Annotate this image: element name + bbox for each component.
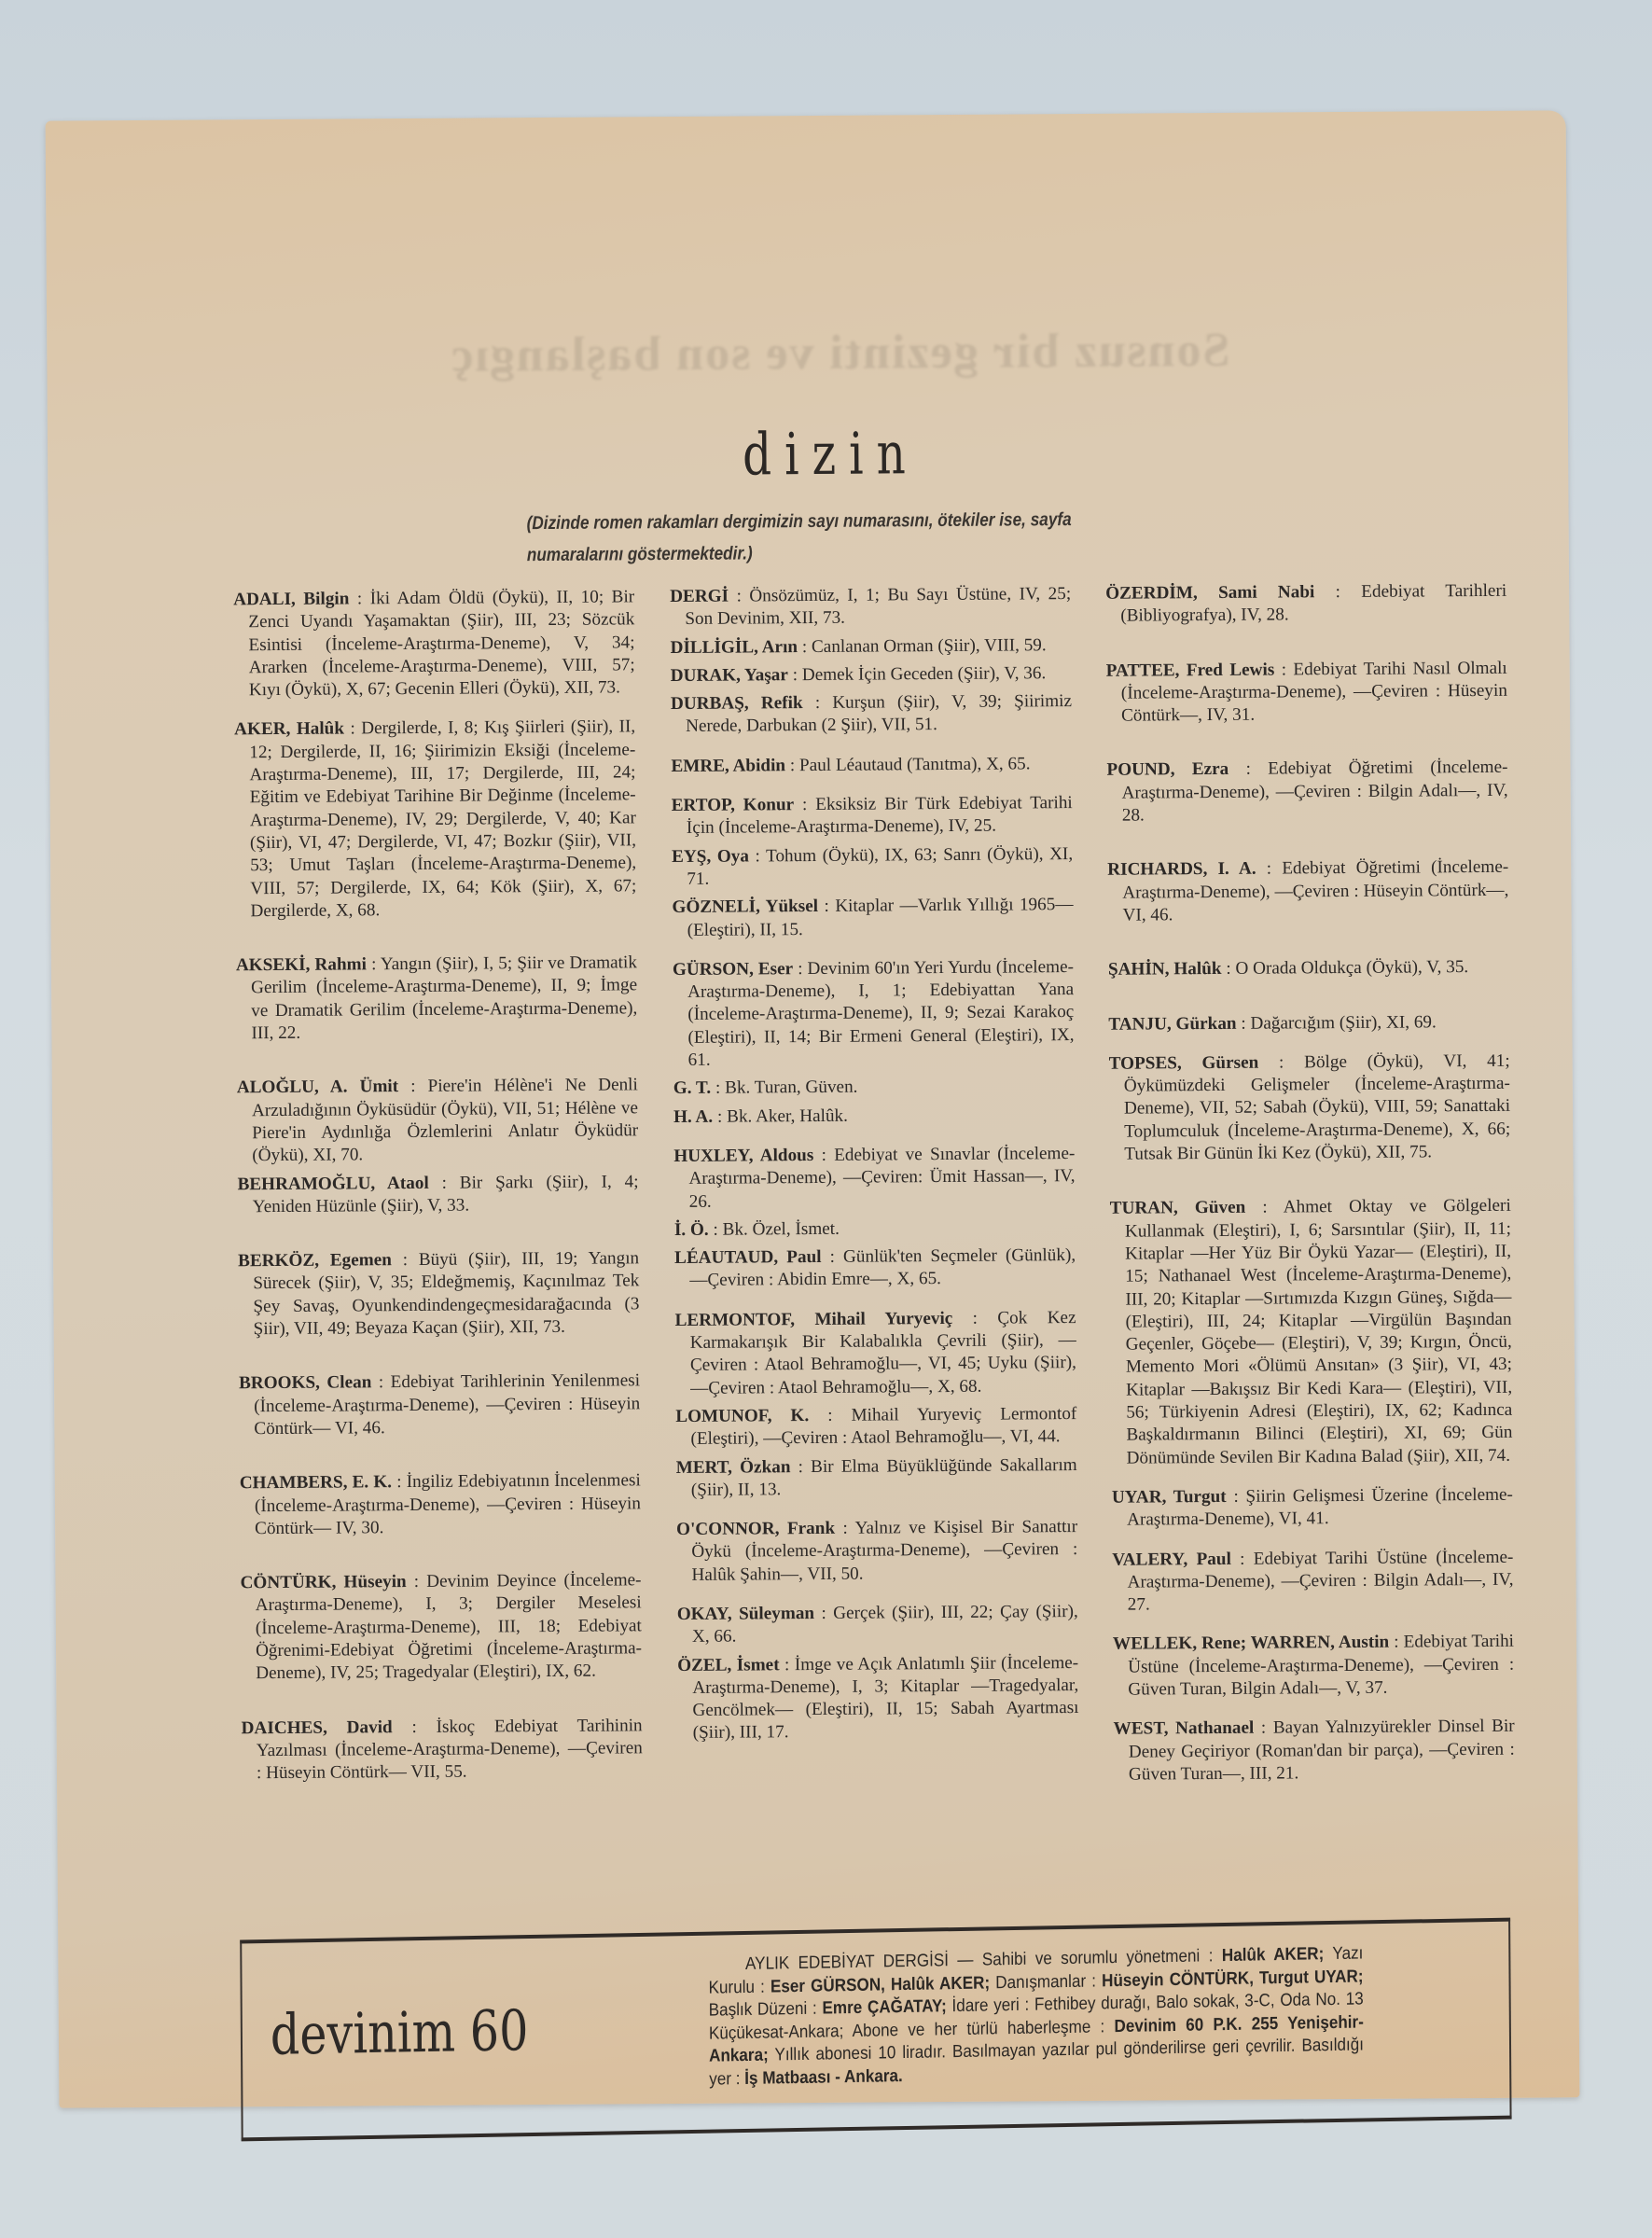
index-entry: BEHRAMOĞLU, Ataol : Bir Şarkı (Şiir), I,…	[237, 1171, 638, 1219]
index-entry: TURAN, Güven : Ahmet Oktay ve Gölgeleri …	[1110, 1195, 1513, 1470]
author-name: TANJU, Gürkan	[1108, 1013, 1236, 1034]
index-entry: EMRE, Abidin : Paul Léautaud (Tanıtma), …	[671, 753, 1072, 778]
index-entry: AKSEKİ, Rahmi : Yangın (Şiir), I, 5; Şii…	[236, 952, 638, 1045]
entry-works: : Dağarcığım (Şiir), XI, 69.	[1236, 1012, 1436, 1033]
author-name: EYŞ, Oya	[672, 846, 749, 867]
author-name: UYAR, Turgut	[1112, 1487, 1227, 1508]
index-entry: AKER, Halûk : Dergilerde, I, 8; Kış Şiir…	[234, 716, 637, 924]
index-entry: ERTOP, Konur : Eksiksiz Bir Türk Edebiya…	[672, 792, 1073, 841]
index-entry: ÖZEL, İsmet : İmge ve Açık Anlatımlı Şii…	[677, 1652, 1079, 1745]
magazine-logo: devinim 60	[271, 1998, 529, 2068]
entry-works: : Canlanan Orman (Şiir), VIII, 59.	[798, 635, 1047, 657]
author-name: BERKÖZ, Egemen	[238, 1250, 392, 1271]
author-name: LOMUNOF, K.	[675, 1406, 809, 1426]
index-entry: H. A. : Bk. Aker, Halûk.	[673, 1104, 1075, 1129]
author-name: PATTEE, Fred Lewis	[1106, 660, 1275, 680]
author-name: VALERY, Paul	[1112, 1549, 1231, 1569]
index-entry: WELLEK, Rene; WARREN, Austin : Edebiyat …	[1113, 1631, 1514, 1702]
author-name: ERTOP, Konur	[672, 795, 795, 815]
author-name: ÖZERDİM, Sami Nabi	[1105, 582, 1314, 604]
magazine-page: Sonsuz bir gezinti ve son başlangıç dizi…	[46, 110, 1580, 2107]
imprint-bold-segment: Hüseyin CÖNTÜRK, Turgut UYAR;	[1102, 1967, 1364, 1991]
entry-works: : O Orada Oldukça (Öykü), V, 35.	[1221, 957, 1468, 979]
index-entry: BERKÖZ, Egemen : Büyü (Şiir), III, 19; Y…	[238, 1247, 640, 1341]
index-entry: ÖZERDİM, Sami Nabi : Edebiyat Tarihleri …	[1105, 580, 1506, 629]
author-name: GÖZNELİ, Yüksel	[672, 897, 818, 917]
author-name: G. T.	[673, 1078, 711, 1098]
author-name: ŞAHİN, Halûk	[1108, 959, 1222, 980]
author-name: ÖZEL, İsmet	[677, 1655, 780, 1675]
author-name: RICHARDS, I. A.	[1107, 859, 1256, 880]
index-column-1: ADALI, Bilgin : İki Adam Öldü (Öykü), II…	[233, 586, 643, 1785]
index-entry: RICHARDS, I. A. : Edebiyat Öğretimi (İnc…	[1107, 856, 1508, 927]
author-name: DURAK, Yaşar	[671, 665, 788, 686]
index-entry: HUXLEY, Aldous : Edebiyat ve Sınavlar (İ…	[673, 1143, 1075, 1214]
index-entry: BROOKS, Clean : Edebiyat Tarihlerinin Ye…	[239, 1370, 640, 1441]
index-entry: CHAMBERS, E. K. : İngiliz Edebiyatının İ…	[240, 1469, 641, 1540]
index-entry: DAICHES, David : İskoç Edebiyat Tarihini…	[242, 1715, 643, 1786]
index-entry: ADALI, Bilgin : İki Adam Öldü (Öykü), II…	[233, 586, 635, 702]
index-entry: ALOĞLU, A. Ümit : Piere'in Hélène'i Ne D…	[237, 1075, 639, 1168]
imprint-bold-segment: İş Matbaası - Ankara.	[744, 2066, 903, 2089]
author-name: DURBAŞ, Refik	[671, 693, 803, 714]
index-entry: GÖZNELİ, Yüksel : Kitaplar —Varlık Yıllı…	[672, 894, 1073, 942]
index-entry: DURAK, Yaşar : Demek İçin Geceden (Şiir)…	[671, 662, 1072, 688]
entry-works: : Bk. Aker, Halûk.	[713, 1105, 848, 1126]
author-name: ALOĞLU, A. Ümit	[237, 1077, 398, 1097]
author-name: WEST, Nathanael	[1114, 1718, 1255, 1739]
author-name: ADALI, Bilgin	[233, 589, 349, 609]
index-column-3: ÖZERDİM, Sami Nabi : Edebiyat Tarihleri …	[1105, 580, 1515, 1786]
index-note: (Dizinde romen rakamları dergimizin sayı…	[526, 504, 1104, 571]
author-name: CÖNTÜRK, Hüseyin	[240, 1572, 406, 1592]
entry-works: : Dergilerde, I, 8; Kış Şiirleri (Şiir),…	[249, 717, 636, 921]
index-entry: EYŞ, Oya : Tohum (Öykü), IX, 63; Sanrı (…	[672, 843, 1073, 892]
author-name: OKAY, Süleyman	[677, 1604, 814, 1624]
author-name: BEHRAMOĞLU, Ataol	[237, 1173, 428, 1193]
index-entry: MERT, Özkan : Bir Elma Büyüklüğünde Saka…	[676, 1454, 1077, 1503]
index-entry: ŞAHİN, Halûk : O Orada Oldukça (Öykü), V…	[1108, 956, 1509, 981]
author-name: DAICHES, David	[242, 1717, 393, 1738]
author-name: AKER, Halûk	[234, 719, 344, 740]
author-name: AKSEKİ, Rahmi	[236, 954, 367, 975]
index-entry: DERGİ : Önsözümüz, I, 1; Bu Sayı Üstüne,…	[670, 583, 1071, 632]
index-entry: WEST, Nathanael : Bayan Yalnızyürekler D…	[1114, 1716, 1515, 1786]
imprint-text: AYLIK EDEBİYAT DERGİSİ — Sahibi ve sorum…	[708, 1942, 1364, 2091]
author-name: LÉAUTAUD, Paul	[674, 1247, 822, 1268]
entry-works: : Bk. Özel, İsmet.	[709, 1219, 840, 1240]
author-name: EMRE, Abidin	[671, 756, 785, 776]
author-name: DERGİ	[670, 587, 729, 606]
index-entry: TANJU, Gürkan : Dağarcığım (Şiir), XI, 6…	[1108, 1010, 1509, 1036]
page-title: dizin	[743, 419, 919, 488]
entry-works: : Demek İçin Geceden (Şiir), V, 36.	[788, 663, 1047, 685]
bleed-through-text: Sonsuz bir gezinti ve son başlangıç	[410, 323, 1269, 383]
index-entry: OKAY, Süleyman : Gerçek (Şiir), III, 22;…	[677, 1601, 1078, 1649]
entry-works: : Bk. Turan, Güven.	[711, 1077, 857, 1098]
entry-works: : Önsözümüz, I, 1; Bu Sayı Üstüne, IV, 2…	[685, 584, 1071, 629]
imprint-segment: Başlık Düzeni :	[709, 1999, 823, 2021]
imprint-bold-segment: Emre ÇAĞATAY;	[822, 1996, 947, 2018]
entry-works: : Paul Léautaud (Tanıtma), X, 65.	[785, 754, 1031, 775]
index-column-2: DERGİ : Önsözümüz, I, 1; Bu Sayı Üstüne,…	[670, 583, 1079, 1745]
index-entry: LERMONTOF, Mihail Yuryeviç : Çok Kez Kar…	[674, 1307, 1076, 1400]
index-entry: LOMUNOF, K. : Mihail Yuryeviç Lermontof …	[675, 1403, 1076, 1452]
entry-works: : Ahmet Oktay ve Gölgeleri Kullanmak (El…	[1125, 1196, 1513, 1467]
index-entry: İ. Ö. : Bk. Özel, İsmet.	[674, 1216, 1076, 1242]
author-name: İ. Ö.	[674, 1220, 709, 1240]
author-name: H. A.	[673, 1106, 713, 1126]
author-name: LERMONTOF, Mihail Yuryeviç	[675, 1309, 953, 1330]
imprint-bold-segment: Halûk AKER;	[1222, 1944, 1325, 1966]
masthead-box: devinim 60 AYLIK EDEBİYAT DERGİSİ — Sahi…	[240, 1918, 1511, 2142]
author-name: MERT, Özkan	[676, 1457, 791, 1478]
index-entry: O'CONNOR, Frank : Yalnız ve Kişisel Bir …	[676, 1516, 1077, 1587]
index-entry: PATTEE, Fred Lewis : Edebiyat Tarihi Nas…	[1106, 657, 1507, 728]
index-entry: CÖNTÜRK, Hüseyin : Devinim Deyince (İnce…	[240, 1569, 642, 1685]
index-entry: POUND, Ezra : Edebiyat Öğretimi (İncelem…	[1106, 757, 1507, 827]
index-entry: UYAR, Turgut : Şiirin Gelişmesi Üzerine …	[1112, 1484, 1513, 1533]
index-entry: DURBAŞ, Refik : Kurşun (Şiir), V, 39; Şi…	[671, 690, 1072, 739]
author-name: DİLLİGİL, Arın	[670, 637, 798, 658]
index-entry: GÜRSON, Eser : Devinim 60'ın Yeri Yurdu …	[673, 956, 1075, 1072]
imprint-bold-segment: Eser GÜRSON, Halûk AKER;	[770, 1973, 990, 1996]
author-name: CHAMBERS, E. K.	[240, 1472, 392, 1493]
author-name: GÜRSON, Eser	[673, 959, 793, 980]
index-entry: VALERY, Paul : Edebiyat Tarihi Üstüne (İ…	[1112, 1546, 1513, 1617]
index-entry: DİLLİGİL, Arın : Canlanan Orman (Şiir), …	[670, 634, 1071, 660]
index-entry: TOPSES, Gürsen : Bölge (Öykü), VI, 41; Ö…	[1109, 1050, 1511, 1166]
author-name: BROOKS, Clean	[239, 1373, 371, 1394]
author-name: HUXLEY, Aldous	[673, 1146, 813, 1166]
author-name: WELLEK, Rene; WARREN, Austin	[1113, 1633, 1389, 1654]
index-entry: G. T. : Bk. Turan, Güven.	[673, 1075, 1075, 1100]
author-name: O'CONNOR, Frank	[676, 1519, 835, 1539]
index-entry: LÉAUTAUD, Paul : Günlük'ten Seçmeler (Gü…	[674, 1244, 1076, 1293]
author-name: TOPSES, Gürsen	[1109, 1053, 1259, 1074]
author-name: POUND, Ezra	[1106, 759, 1229, 780]
author-name: TURAN, Güven	[1110, 1198, 1246, 1218]
imprint-segment: Danışmanlar :	[990, 1971, 1102, 1993]
